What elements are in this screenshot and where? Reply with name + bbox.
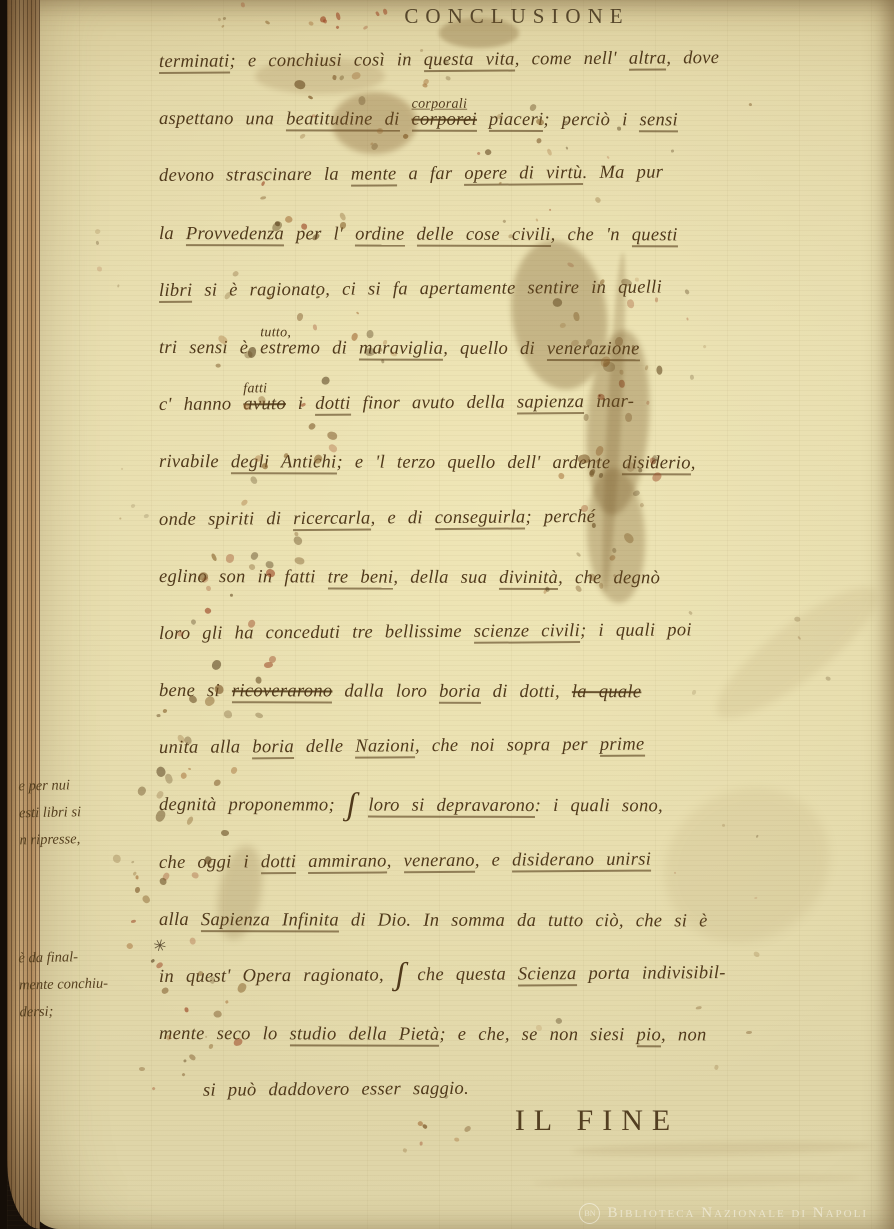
- text-segment: , che 'n: [551, 225, 632, 245]
- text-segment: si è ragionato, ci si fa apertamente sen…: [192, 277, 662, 300]
- text-segment: Nazioni: [355, 736, 415, 758]
- text-segment: terminati: [159, 52, 230, 74]
- text-segment: tre beni: [328, 567, 394, 589]
- text-segment: mente: [351, 165, 397, 187]
- text-segment: a far: [396, 164, 464, 184]
- text-segment: ricoverarono: [232, 681, 333, 703]
- text-segment: ; perché: [525, 506, 595, 526]
- text-segment: devono strascinare la: [159, 165, 351, 186]
- text-segment: sapienza: [517, 392, 584, 414]
- text-segment: piaceri: [489, 110, 544, 132]
- ink-stain: [454, 1138, 459, 1142]
- text-segment: disiderio: [622, 454, 691, 476]
- manuscript-line: devono strascinare la mente a far opere …: [159, 143, 887, 205]
- ink-stain: [130, 860, 134, 863]
- manuscript-line: c' hanno fattiavuto i dotti finor avuto …: [159, 372, 887, 434]
- ink-smudge: [532, 1172, 862, 1189]
- ink-stain: [121, 468, 124, 471]
- text-segment: [296, 852, 308, 872]
- text-segment: ordine: [355, 224, 404, 246]
- text-segment: boria: [252, 737, 294, 759]
- text-segment: Sapienza Infinita: [201, 910, 339, 932]
- ink-stain: [96, 266, 102, 271]
- text-segment: c' hanno: [159, 395, 244, 416]
- text-segment: unita alla: [159, 738, 253, 759]
- ink-stain: [133, 871, 138, 876]
- text-segment: ; perciò i: [543, 110, 639, 130]
- text-segment: scienze civili: [474, 621, 580, 644]
- text-segment: opere di virtù: [464, 163, 582, 186]
- ink-stain: [422, 1124, 428, 1130]
- text-segment: delle: [294, 737, 355, 757]
- text-segment: venerano: [403, 850, 474, 872]
- text-segment: , e: [475, 850, 512, 870]
- text-segment: la quale: [572, 682, 642, 702]
- text-segment: ; e 'l terzo quello dell' ardente: [336, 453, 622, 474]
- text-segment: delle cose civili: [416, 224, 550, 246]
- manuscript-line: onde spiriti di ricercarla, e di consegu…: [159, 486, 887, 548]
- ink-stain: [95, 240, 99, 244]
- manuscript-line: rivabile degli Antichi; e 'l terzo quell…: [159, 434, 887, 493]
- text-segment: che questa: [405, 964, 518, 985]
- text-segment: estremo di: [260, 338, 359, 358]
- text-segment: dotti: [261, 852, 297, 874]
- text-segment: libri: [159, 281, 193, 303]
- chapter-heading: CONCLUSIONE: [167, 4, 867, 29]
- ink-stain: [402, 1148, 407, 1153]
- text-segment: in quest' Opera ragionato,: [159, 965, 396, 987]
- text-segment: degli Antichi: [231, 453, 337, 475]
- ink-stain: [141, 894, 151, 904]
- text-segment: ,: [691, 454, 696, 474]
- text-segment: Scienza: [518, 964, 577, 986]
- text-segment: disiderano unirsi: [512, 849, 651, 872]
- text-segment: dalla loro: [332, 682, 439, 702]
- text-segment: Provvedenza: [186, 224, 284, 246]
- text-segment: che oggi i: [159, 852, 261, 873]
- text-segment: loro gli ha conceduti tre bellissime: [159, 622, 474, 644]
- manuscript-line: aspettano una beatitudine di corporalico…: [159, 91, 887, 150]
- text-segment: boria: [439, 682, 481, 704]
- ink-stain: [94, 228, 101, 235]
- text-segment: altra: [629, 48, 667, 70]
- ink-stain: [135, 887, 140, 893]
- text-segment: pio: [636, 1025, 661, 1047]
- text-segment: per l': [284, 224, 355, 244]
- text-segment: alla: [159, 910, 201, 930]
- manuscript-line: terminati; e conchiusi così in questa vi…: [159, 29, 887, 91]
- ink-stain: [417, 1120, 423, 1126]
- ink-stain: [135, 876, 138, 880]
- manuscript-line: alla Sapienza Infinita di Dio. In somma …: [159, 892, 887, 951]
- scan-container: CONCLUSIONE terminati; e conchiusi così …: [0, 0, 894, 1229]
- text-segment: questi: [632, 225, 678, 247]
- text-segment: degnità proponemmo;: [159, 795, 347, 815]
- manuscript-line: degnità proponemmo; ʃ loro si depravaron…: [159, 777, 887, 836]
- fine-caption: IL FINE: [467, 1104, 727, 1138]
- page-fore-edge: [7, 0, 40, 1229]
- text-segment: aspettano una: [159, 109, 286, 129]
- manuscript-line: loro gli ha conceduti tre bellissime sci…: [159, 601, 887, 663]
- text-segment: porta indivisibil-: [576, 963, 725, 984]
- ink-stain: [117, 284, 120, 287]
- text-segment: loro si depravarono: [368, 796, 534, 818]
- text-segment: onde spiriti di: [159, 509, 293, 530]
- text-segment: tri sensi è: [159, 338, 260, 358]
- text-segment: avuto: [243, 394, 286, 414]
- manuscript-line: tri sensi è tutto,estremo di maraviglia,…: [159, 320, 887, 379]
- text-segment: [400, 110, 412, 130]
- text-segment: ammirano: [308, 851, 387, 874]
- text-segment: ; e conchiusi così in: [229, 50, 423, 71]
- text-segment: , che degnò: [558, 568, 660, 588]
- ink-stain: [130, 504, 135, 509]
- ink-stain: [151, 1086, 155, 1090]
- text-segment: ; e che, se non siesi: [439, 1025, 636, 1046]
- library-logo-icon: BN: [579, 1203, 600, 1224]
- text-segment: rivabile: [159, 452, 231, 472]
- ink-stain: [131, 920, 136, 923]
- text-segment: dotti: [315, 394, 351, 416]
- text-segment: finor avuto della: [351, 393, 517, 414]
- text-segment: ricercarla: [293, 508, 370, 531]
- library-monogram: BN: [584, 1209, 595, 1218]
- text-segment: questa vita: [424, 50, 515, 73]
- text-segment: divinità: [499, 568, 558, 590]
- manuscript-line: la Provvedenza per l' ordine delle cose …: [159, 206, 887, 265]
- text-segment: [356, 796, 368, 816]
- manuscript-page: CONCLUSIONE terminati; e conchiusi così …: [7, 0, 894, 1229]
- text-segment: bene si: [159, 681, 232, 701]
- text-segment: inar-: [584, 392, 634, 412]
- text-segment: : i quali sono,: [535, 796, 663, 816]
- ink-stain: [143, 514, 148, 519]
- text-segment: di dotti,: [481, 682, 572, 702]
- ink-stain: [139, 1066, 145, 1071]
- text-segment: , della sua: [393, 567, 499, 587]
- text-segment: prime: [600, 735, 645, 757]
- text-segment: mente seco lo: [159, 1024, 290, 1044]
- ink-stain: [420, 1142, 423, 1146]
- manuscript-line: libri si è ragionato, ci si fa apertamen…: [159, 258, 887, 320]
- margin-note: e per nui esti libri si n ripresse,: [18, 771, 156, 855]
- text-segment: , non: [661, 1026, 707, 1046]
- ink-stain: [112, 854, 121, 864]
- text-segment: [477, 110, 489, 130]
- text-segment: [405, 224, 417, 244]
- text-segment: , quello di: [443, 339, 547, 359]
- text-segment: corporei: [412, 110, 477, 132]
- text-segment: si può daddovero esser saggio.: [203, 1079, 469, 1101]
- text-segment: di Dio. In somma da tutto ciò, che si è: [339, 910, 708, 931]
- text-segment: maraviglia: [359, 338, 443, 360]
- library-watermark-label: Biblioteca Nazionale di Napoli: [607, 1205, 868, 1222]
- text-segment: eglino son in fatti: [159, 567, 328, 587]
- library-watermark: BN Biblioteca Nazionale di Napoli: [579, 1203, 868, 1224]
- text-segment: studio della Pietà: [289, 1025, 439, 1047]
- margin-note: è da final- mente conchiu- dersi;: [18, 943, 156, 1027]
- manuscript-line: in quest' Opera ragionato, ʃ che questa …: [159, 944, 887, 1006]
- text-segment: conseguirla: [435, 507, 526, 530]
- text-segment: . Ma pur: [583, 163, 664, 184]
- manuscript-line: che oggi i dotti ammirano, venerano, e d…: [159, 830, 887, 892]
- text-segment: ; i quali poi: [580, 620, 692, 641]
- text-segment: venerazione: [547, 339, 640, 361]
- text-segment: , che noi sopra per: [415, 735, 600, 756]
- ink-stain: [119, 518, 121, 520]
- text-segment: , e di: [370, 508, 434, 528]
- manuscript-line: eglino son in fatti tre beni, della sua …: [159, 549, 887, 608]
- manuscript-line: bene si ricoverarono dalla loro boria di…: [159, 663, 887, 722]
- text-segment: sensi: [639, 110, 678, 132]
- text-segment: , come nell': [515, 49, 629, 70]
- text-segment: i: [286, 394, 315, 414]
- text-lines: terminati; e conchiusi così in questa vi…: [159, 34, 887, 1121]
- manuscript-line: mente seco lo studio della Pietà; e che,…: [159, 1006, 887, 1065]
- text-segment: , dove: [666, 48, 719, 68]
- text-segment: ,: [387, 851, 404, 871]
- manuscript-line: unita alla boria delle Nazioni, che noi …: [159, 715, 887, 777]
- text-segment: la: [159, 224, 186, 244]
- ink-smudge: [572, 1139, 872, 1157]
- text-segment: beatitudine di: [286, 110, 400, 132]
